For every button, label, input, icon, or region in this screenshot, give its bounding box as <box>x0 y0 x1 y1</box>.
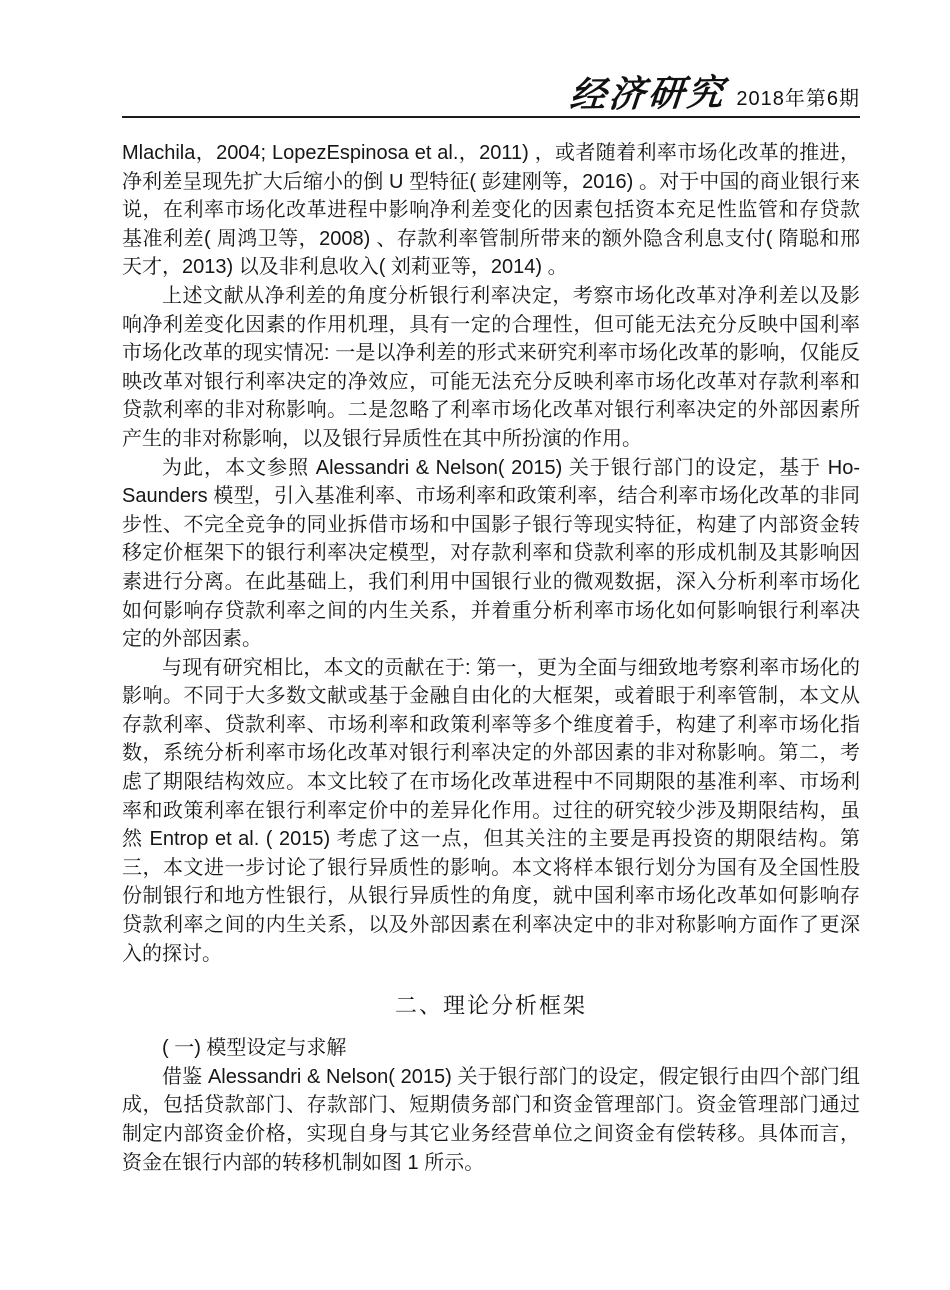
section-heading: 二、理论分析框架 <box>122 991 860 1021</box>
page-content: 经济研究 2018年第6期 Mlachila，2004; LopezEspino… <box>122 70 860 1177</box>
subsection-heading: ( 一) 模型设定与求解 <box>122 1034 860 1063</box>
journal-logo: 经济研究 <box>569 75 728 114</box>
article-body: Mlachila，2004; LopezEspinosa et al.，2011… <box>122 139 860 1177</box>
issue-label: 2018年第6期 <box>736 88 860 112</box>
journal-page: 经济研究 2018年第6期 Mlachila，2004; LopezEspino… <box>0 0 950 1290</box>
journal-header: 经济研究 2018年第6期 <box>122 70 860 118</box>
paragraph: 与现有研究相比，本文的贡献在于: 第一，更为全面与细致地考察利率市场化的影响。不… <box>122 654 860 969</box>
paragraph: 借鉴 Alessandri & Nelson( 2015) 关于银行部门的设定，… <box>122 1063 860 1177</box>
paragraph: 为此，本文参照 Alessandri & Nelson( 2015) 关于银行部… <box>122 454 860 654</box>
paragraph: 上述文献从净利差的角度分析银行利率决定，考察市场化改革对净利差以及影响净利差变化… <box>122 282 860 454</box>
paragraph-continuation: Mlachila，2004; LopezEspinosa et al.，2011… <box>122 139 860 282</box>
